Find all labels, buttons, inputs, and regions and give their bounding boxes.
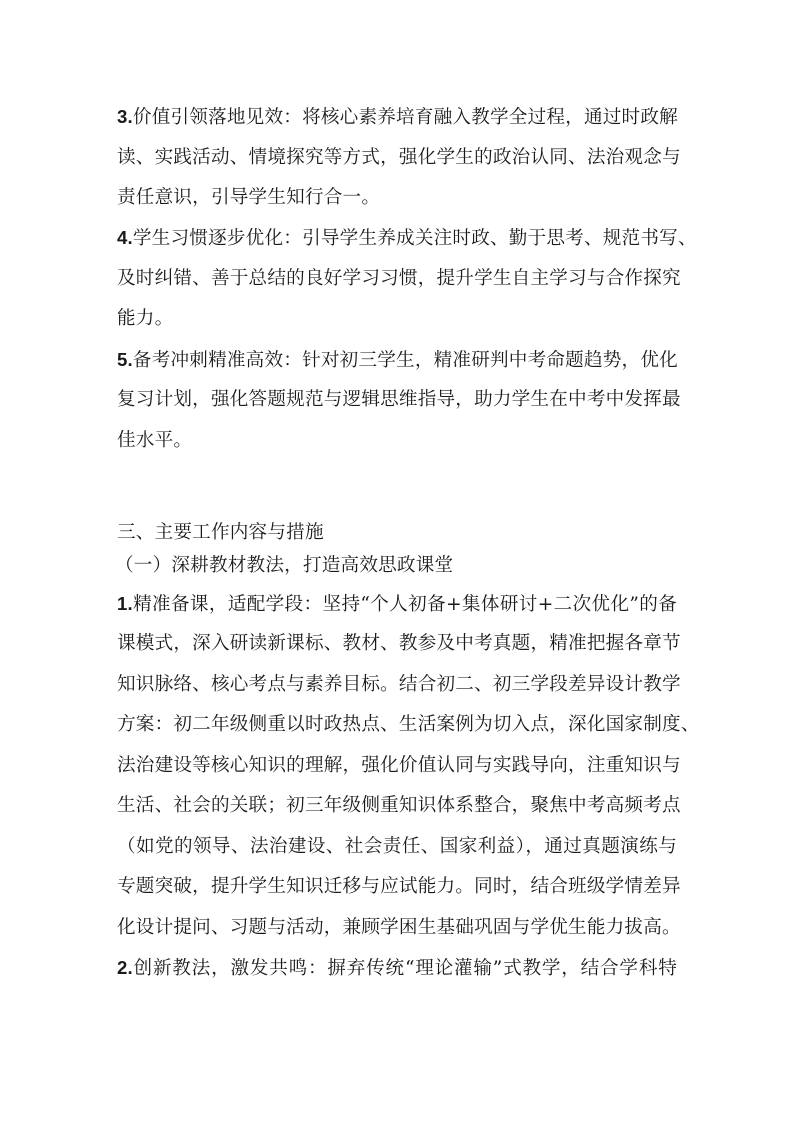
paragraph-3-line-3: 责任意识，引导学生知行合一。: [117, 186, 677, 210]
item-number: 2.: [117, 957, 133, 978]
paragraph-5-line-2: 复习计划，强化答题规范与逻辑思维指导，助力学生在中考中发挥最: [117, 388, 677, 412]
paragraph-2-line-1: 2.创新教法，激发共鸣：摒弃传统“理论灌输”式教学，结合学科特: [117, 956, 677, 981]
paragraph-1-line-9: 化设计提问、习题与活动，兼顾学困生基础巩固与学优生能力拔高。: [117, 916, 677, 940]
paragraph-4-line-2: 及时纠错、善于总结的良好学习习惯，提升学生自主学习与合作探究: [117, 267, 677, 291]
subsection-heading: （一）深耕教材教法，打造高效思政课堂: [115, 554, 675, 578]
section-heading: 三、主要工作内容与措施: [117, 521, 677, 545]
paragraph-5-line-1: 5.备考冲刺精准高效：针对初三学生，精准研判中考命题趋势，优化: [117, 348, 677, 373]
paragraph-1-line-2: 课模式，深入研读新课标、教材、教参及中考真题，精准把握各章节: [117, 632, 677, 656]
paragraph-1-line-7: （如党的领导、法治建设、社会责任、国家利益），通过真题演练与: [117, 835, 677, 859]
item-number: 3.: [117, 106, 133, 127]
item-number: 5.: [117, 349, 133, 370]
paragraph-3-line-1: 3.价值引领落地见效：将核心素养培育融入教学全过程，通过时政解: [117, 105, 677, 130]
paragraph-1-line-3: 知识脉络、核心考点与素养目标。结合初二、初三学段差异设计教学: [117, 673, 677, 697]
item-number: 1.: [117, 593, 133, 614]
paragraph-4-line-3: 能力。: [117, 307, 677, 331]
paragraph-1-line-6: 生活、社会的关联；初三年级侧重知识体系整合，聚焦中考高频考点: [117, 794, 677, 818]
paragraph-1-line-1: 1.精准备课，适配学段：坚持“个人初备+集体研讨+二次优化”的备: [117, 592, 677, 617]
paragraph-4-line-1: 4.学生习惯逐步优化：引导学生养成关注时政、勤于思考、规范书写、: [117, 226, 677, 251]
paragraph-3-line-2: 读、实践活动、情境探究等方式，强化学生的政治认同、法治观念与: [117, 146, 677, 170]
paragraph-1-line-5: 法治建设等核心知识的理解，强化价值认同与实践导向，注重知识与: [117, 754, 677, 778]
paragraph-5-line-3: 佳水平。: [117, 429, 677, 453]
paragraph-1-line-8: 专题突破，提升学生知识迁移与应试能力。同时，结合班级学情差异: [117, 875, 677, 899]
item-number: 4.: [117, 227, 133, 248]
paragraph-1-line-4: 方案：初二年级侧重以时政热点、生活案例为切入点，深化国家制度、: [117, 713, 677, 737]
